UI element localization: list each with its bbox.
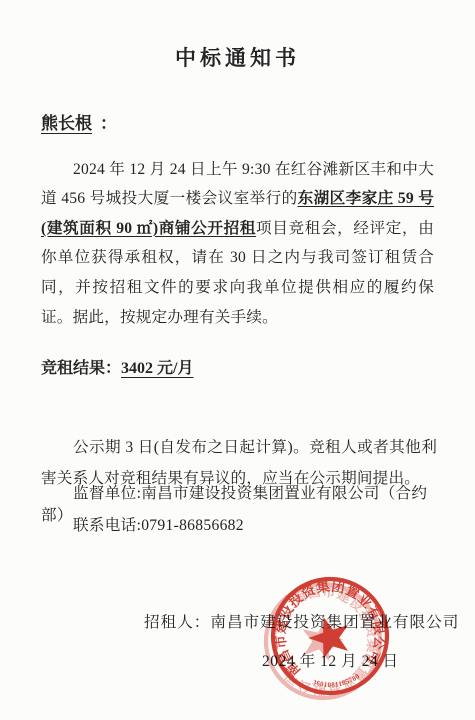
company-seal-svg: 南昌市建设投资集团置业有限公司 3601081185780 bbox=[252, 558, 408, 714]
signature-date: 2024 年 12 月 24 日 bbox=[262, 649, 399, 671]
bid-result-label: 竞租结果： bbox=[41, 360, 121, 377]
phone-line: 联系电话:0791-86856682 bbox=[41, 513, 244, 535]
seal-main-impression bbox=[264, 571, 394, 701]
recipient-name: 熊长根 bbox=[41, 114, 100, 133]
bid-result-value: 3402 元/月 bbox=[121, 360, 207, 377]
seal-ghost-impression bbox=[260, 577, 386, 704]
lessor-name: 南昌市建设投资集团置业有限公司 bbox=[210, 614, 459, 631]
bid-result-line: 竞租结果：3402 元/月 bbox=[41, 355, 207, 378]
recipient-line: 熊长根： bbox=[41, 109, 117, 134]
recipient-colon: ： bbox=[100, 114, 117, 133]
lessor-signature-line: 招租人：南昌市建设投资集团置业有限公司 bbox=[144, 610, 459, 632]
company-seal: 南昌市建设投资集团置业有限公司 3601081185780 bbox=[252, 558, 408, 714]
document-page: 中标通知书 熊长根： 2024 年 12 月 24 日上午 9:30 在红谷滩新… bbox=[0, 0, 475, 720]
document-title: 中标通知书 bbox=[0, 42, 475, 72]
body-paragraph: 2024 年 12 月 24 日上午 9:30 在红谷滩新区丰和中大道 456 … bbox=[41, 155, 434, 333]
lessor-label: 招租人： bbox=[144, 614, 210, 631]
